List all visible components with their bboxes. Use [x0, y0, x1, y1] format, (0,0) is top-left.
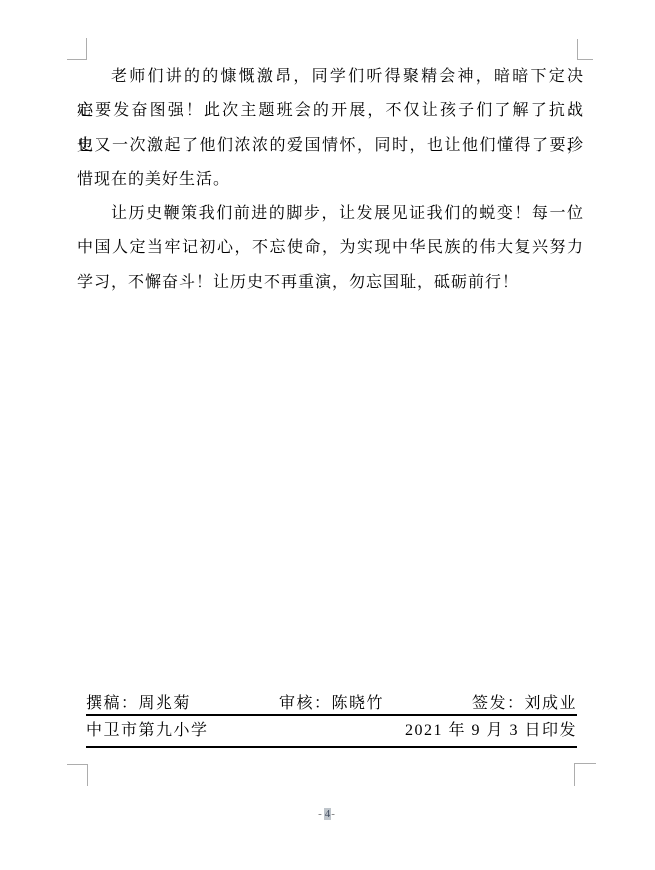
- text-boundary-mark-top-right: [577, 39, 593, 60]
- document-page: 老师们讲的的慷慨激昂，同学们听得聚精会神，暗暗下定决心： 定要发奋图强！此次主题…: [0, 0, 655, 870]
- footer-issuer: 签发：刘成业: [472, 694, 577, 713]
- footer-divider-line-1: [86, 714, 577, 716]
- footer-organization: 中卫市第九小学: [86, 721, 209, 740]
- body-text-line: 学习，不懈奋斗！让历史不再重演，勿忘国耻，砥砺前行！: [77, 266, 584, 300]
- footer-divider-line-2: [86, 746, 577, 748]
- body-text-line: 定要发奋图强！此次主题班会的开展，不仅让孩子们了解了抗战史，: [77, 94, 584, 128]
- body-text-line: 也又一次激起了他们浓浓的爱国情怀，同时，也让他们懂得了要珍: [77, 129, 584, 163]
- footer-print-date: 2021 年 9 月 3 日印发: [405, 721, 577, 740]
- footer-signature-row: 撰稿：周兆菊 审核：陈晓竹 签发：刘成业: [86, 694, 577, 713]
- page-number: -4-: [0, 807, 655, 821]
- document-body: 老师们讲的的慷慨激昂，同学们听得聚精会神，暗暗下定决心： 定要发奋图强！此次主题…: [77, 60, 584, 300]
- footer-issue-row: 中卫市第九小学 2021 年 9 月 3 日印发: [86, 721, 577, 740]
- page-number-dash-left: -: [318, 808, 324, 820]
- text-boundary-mark-top-left: [67, 38, 87, 60]
- body-text-line: 让历史鞭策我们前进的脚步，让发展见证我们的蜕变！每一位: [77, 197, 584, 231]
- body-text-line: 惜现在的美好生活。: [77, 163, 584, 197]
- footer-reviewer: 审核：陈晓竹: [279, 694, 384, 713]
- footer-drafter: 撰稿：周兆菊: [86, 694, 191, 713]
- body-text-line: 老师们讲的的慷慨激昂，同学们听得聚精会神，暗暗下定决心：: [77, 60, 584, 94]
- body-text-line: 中国人定当牢记初心，不忘使命，为实现中华民族的伟大复兴努力: [77, 231, 584, 265]
- text-boundary-mark-bottom-left: [67, 764, 88, 786]
- page-number-dash-right: -: [331, 808, 337, 820]
- text-boundary-mark-bottom-right: [574, 763, 596, 786]
